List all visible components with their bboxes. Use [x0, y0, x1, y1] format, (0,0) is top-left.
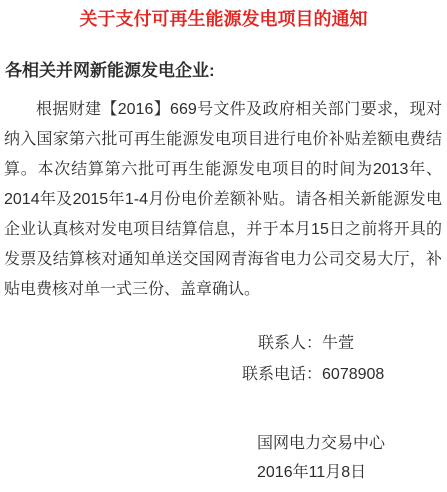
body-line-6: 发票及结算核对通知单送交国网青海省电力公司交易大厅，补 [4, 245, 442, 275]
body-line-7: 贴电费核对单一式三份、盖章确认。 [4, 275, 442, 305]
body-line-3: 算。本次结算第六批可再生能源发电项目的时间为2013年、 [4, 155, 442, 185]
signature-date: 2016年11月8日 [257, 458, 385, 487]
contact-phone-number: 6078908 [322, 366, 384, 383]
contact-person-label: 联系人： [258, 335, 322, 352]
body-line-5: 企业认真核对发电项目结算信息，并于本月15日之前将开具的 [4, 215, 442, 245]
body-line-2: 纳入国家第六批可再生能源发电项目进行电价补贴差额电费结 [4, 125, 442, 155]
contact-person: 联系人：牛萱 [0, 328, 447, 359]
notice-body: 根据财建【2016】669号文件及政府相关部门要求，现对 纳入国家第六批可再生能… [4, 95, 442, 305]
body-line-1: 根据财建【2016】669号文件及政府相关部门要求，现对 [4, 95, 442, 125]
contact-phone: 联系电话：6078908 [0, 359, 447, 390]
contact-block: 联系人：牛萱 联系电话：6078908 [0, 328, 447, 390]
notice-title: 关于支付可再生能源发电项目的通知 [0, 7, 447, 31]
contact-person-name: 牛萱 [322, 335, 354, 352]
notice-document: 关于支付可再生能源发电项目的通知 各相关并网新能源发电企业: 根据财建【2016… [0, 0, 447, 492]
signature-organization: 国网电力交易中心 [257, 429, 385, 458]
signature-block: 国网电力交易中心 2016年11月8日 [257, 429, 385, 487]
contact-phone-label: 联系电话： [242, 366, 322, 383]
salutation: 各相关并网新能源发电企业: [5, 60, 215, 82]
body-line-4: 2014年及2015年1-4月份电价差额补贴。请各相关新能源发电 [4, 185, 442, 215]
